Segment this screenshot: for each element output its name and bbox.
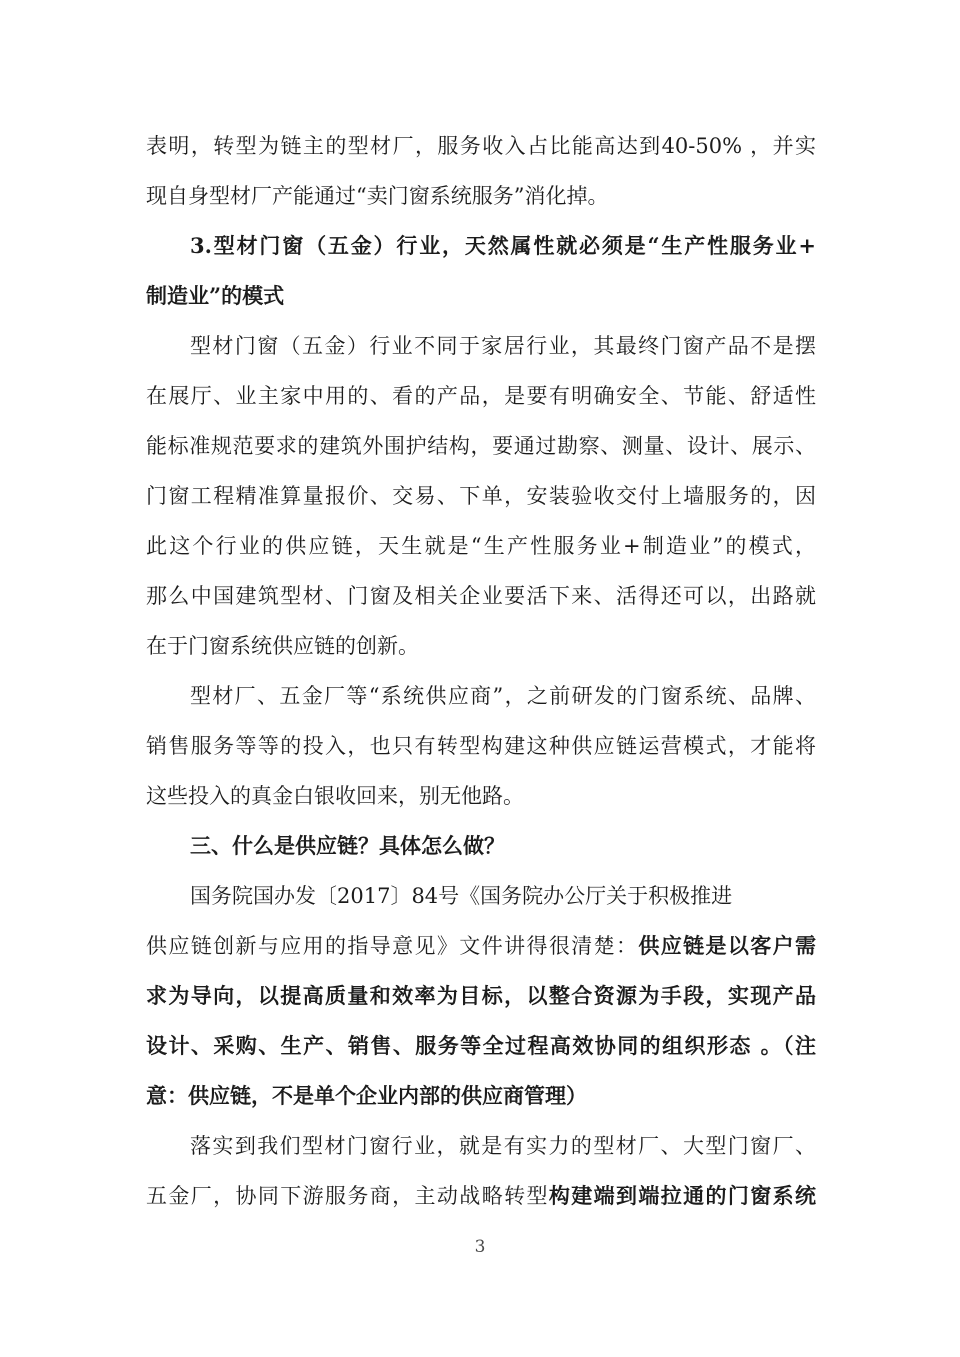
text-line: 门窗工程精准算量报价、交易、下单，安装验收交付上墙服务的，因 xyxy=(146,471,816,521)
text-line: 现自身型材厂产能通过“卖门窗系统服务”消化掉。 xyxy=(146,171,816,221)
text-line: 能标准规范要求的建筑外围护结构，要通过勘察、测量、设计、展示、 xyxy=(146,421,816,471)
text-line: 销售服务等等的投入，也只有转型构建这种供应链运营模式，才能将 xyxy=(146,721,816,771)
text-segment-bold: 意：供应链，不是单个企业内部的供应商管理） xyxy=(146,1083,587,1108)
text-segment: 供应链创新与应用的指导意见》文件讲得很清楚： xyxy=(146,934,638,958)
text-line: 在展厅、业主家中用的、看的产品，是要有明确安全、节能、舒适性 xyxy=(146,371,816,421)
text-segment: 能标准规范要求的建筑外围护结构，要通过勘察、测量、设计、展示、 xyxy=(146,434,816,458)
text-segment-bold: 设计、采购、生产、销售、服务等全过程高效协同的组织形态 。（注 xyxy=(146,1033,816,1058)
text-line: 那么中国建筑型材、门窗及相关企业要活下来、活得还可以，出路就 xyxy=(146,571,816,621)
text-line: 求为导向，以提高质量和效率为目标，以整合资源为手段，实现产品 xyxy=(146,971,816,1021)
text-segment: 国务院国办发〔2017〕84号《国务院办公厅关于积极推进 xyxy=(190,884,732,908)
text-segment-bold: 三、什么是供应链？具体怎么做？ xyxy=(190,833,505,858)
text-line: 表明，转型为链主的型材厂，服务收入占比能高达到40-50% ，并实 xyxy=(146,121,816,171)
text-segment: 在展厅、业主家中用的、看的产品，是要有明确安全、节能、舒适性 xyxy=(146,384,816,408)
text-segment-bold: 3.型材门窗（五金）行业，天然属性就必须是“生产性服务业+ xyxy=(190,233,816,258)
text-segment: 这些投入的真金白银收回来，别无他路。 xyxy=(146,784,524,808)
document-body: 表明，转型为链主的型材厂，服务收入占比能高达到40-50% ，并实现自身型材厂产… xyxy=(146,121,816,1221)
text-segment: 落实到我们型材门窗行业，就是有实力的型材厂、大型门窗厂、 xyxy=(190,1134,816,1158)
text-segment: 此这个行业的供应链，天生就是“生产性服务业+制造业”的模式， xyxy=(146,534,816,558)
text-segment: 型材厂、五金厂等“系统供应商”，之前研发的门窗系统、品牌、 xyxy=(190,684,816,708)
text-line: 国务院国办发〔2017〕84号《国务院办公厅关于积极推进 xyxy=(146,871,816,921)
text-segment-bold: 供应链是以客户需 xyxy=(638,933,816,958)
text-line: 型材厂、五金厂等“系统供应商”，之前研发的门窗系统、品牌、 xyxy=(146,671,816,721)
text-segment: 那么中国建筑型材、门窗及相关企业要活下来、活得还可以，出路就 xyxy=(146,584,816,608)
text-segment: 型材门窗（五金）行业不同于家居行业，其最终门窗产品不是摆 xyxy=(190,334,816,358)
text-segment: 现自身型材厂产能通过“卖门窗系统服务”消化掉。 xyxy=(146,184,608,208)
text-line: 这些投入的真金白银收回来，别无他路。 xyxy=(146,771,816,821)
text-line: 3.型材门窗（五金）行业，天然属性就必须是“生产性服务业+ xyxy=(146,221,816,271)
text-line: 三、什么是供应链？具体怎么做？ xyxy=(146,821,816,871)
text-line: 制造业”的模式 xyxy=(146,271,816,321)
text-line: 型材门窗（五金）行业不同于家居行业，其最终门窗产品不是摆 xyxy=(146,321,816,371)
text-segment: 门窗工程精准算量报价、交易、下单，安装验收交付上墙服务的，因 xyxy=(146,484,816,508)
text-line: 意：供应链，不是单个企业内部的供应商管理） xyxy=(146,1071,816,1121)
text-line: 五金厂，协同下游服务商，主动战略转型构建端到端拉通的门窗系统 xyxy=(146,1171,816,1221)
text-line: 供应链创新与应用的指导意见》文件讲得很清楚：供应链是以客户需 xyxy=(146,921,816,971)
text-segment-bold: 构建端到端拉通的门窗系统 xyxy=(549,1183,816,1208)
text-line: 此这个行业的供应链，天生就是“生产性服务业+制造业”的模式， xyxy=(146,521,816,571)
page-number: 3 xyxy=(0,1222,960,1272)
document-page: 表明，转型为链主的型材厂，服务收入占比能高达到40-50% ，并实现自身型材厂产… xyxy=(0,0,960,1357)
text-segment-bold: 求为导向，以提高质量和效率为目标，以整合资源为手段，实现产品 xyxy=(146,983,816,1008)
text-segment: 五金厂，协同下游服务商，主动战略转型 xyxy=(146,1184,549,1208)
text-segment: 销售服务等等的投入，也只有转型构建这种供应链运营模式，才能将 xyxy=(146,734,816,758)
text-line: 落实到我们型材门窗行业，就是有实力的型材厂、大型门窗厂、 xyxy=(146,1121,816,1171)
text-line: 设计、采购、生产、销售、服务等全过程高效协同的组织形态 。（注 xyxy=(146,1021,816,1071)
text-segment: 在于门窗系统供应链的创新。 xyxy=(146,634,419,658)
text-segment-bold: 制造业”的模式 xyxy=(146,283,284,308)
text-line: 在于门窗系统供应链的创新。 xyxy=(146,621,816,671)
text-segment: 表明，转型为链主的型材厂，服务收入占比能高达到40-50% ，并实 xyxy=(146,134,816,158)
